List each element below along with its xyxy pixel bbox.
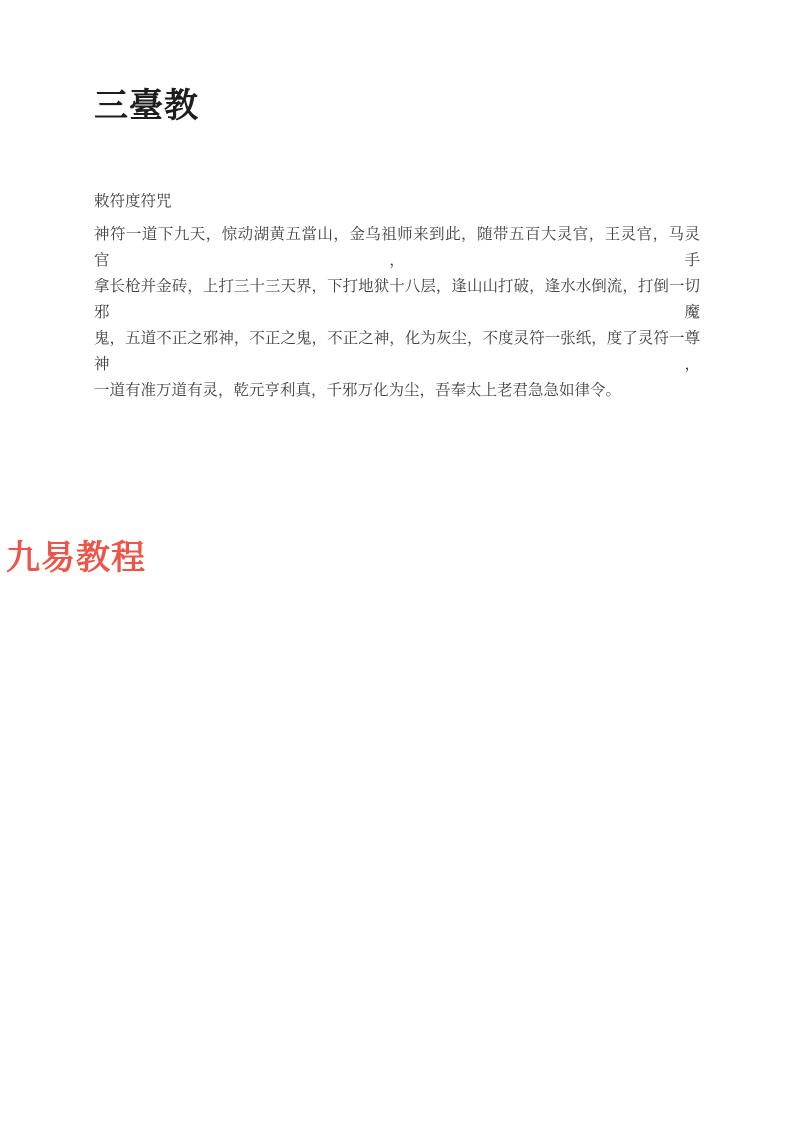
paragraph-line: 拿长枪并金砖，上打三十三天界，下打地狱十八层，逢山山打破，逢水水倒流，打倒一切邪… <box>94 274 700 326</box>
section-heading: 敕符度符咒 <box>94 192 172 212</box>
document-title: 三臺教 <box>94 86 199 127</box>
paragraph-line: 一道有准万道有灵，乾元亨利真，千邪万化为尘，吾奉太上老君急急如律令。 <box>94 378 700 404</box>
incantation-paragraph: 神符一道下九天，惊动湖黄五當山，金乌祖师来到此，随带五百大灵官，王灵官，马灵官，… <box>94 222 700 404</box>
paragraph-line: 鬼，五道不正之邪神，不正之鬼，不正之神，化为灰尘，不度灵符一张纸，度了灵符一尊神… <box>94 326 700 378</box>
paragraph-line: 神符一道下九天，惊动湖黄五當山，金乌祖师来到此，随带五百大灵官，王灵官，马灵官，… <box>94 222 700 274</box>
document-page: 三臺教 敕符度符咒 神符一道下九天，惊动湖黄五當山，金乌祖师来到此，随带五百大灵… <box>0 0 794 1123</box>
watermark-brand-text: 九易教程 <box>6 538 146 579</box>
